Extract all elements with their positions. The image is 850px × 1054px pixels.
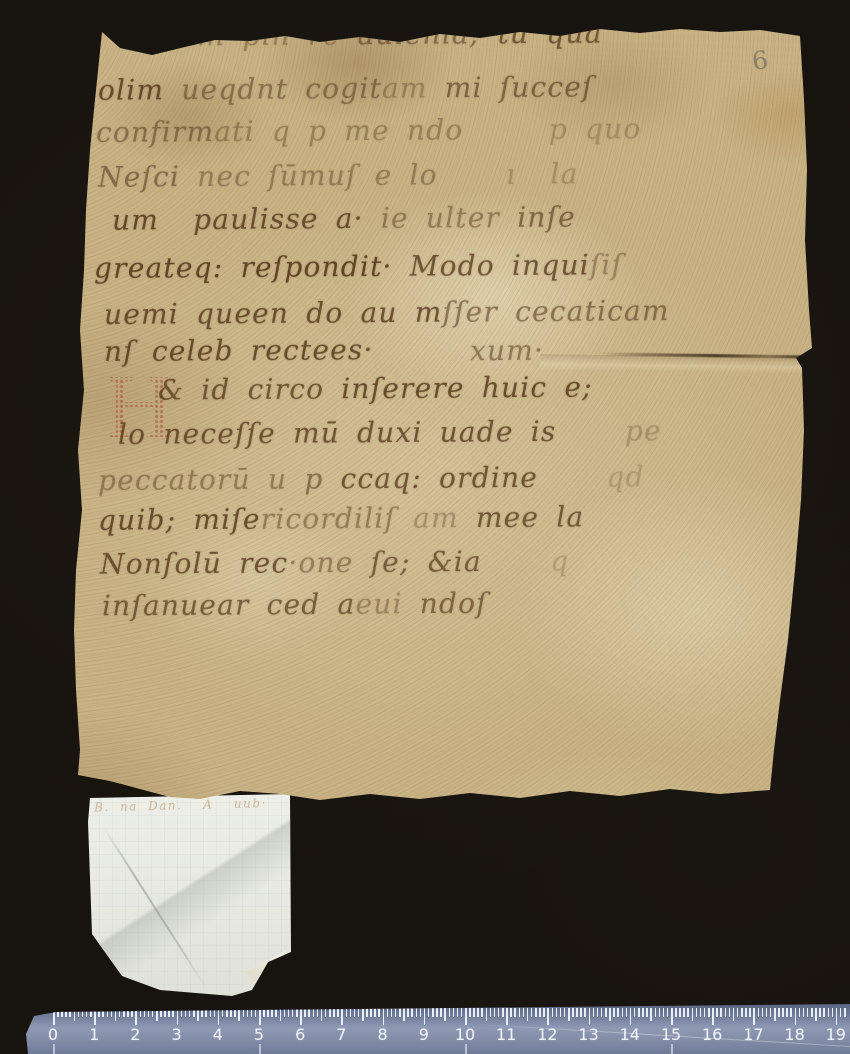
ruler-tick (836, 1008, 838, 1025)
ruler-tick (296, 1008, 298, 1017)
manuscript-line: t m pin re auienia; tū quā (168, 16, 603, 52)
ruler-tick (642, 1008, 644, 1017)
manuscript-text-segment: inſanuear ced a (102, 588, 356, 623)
ruler-tick (638, 1008, 640, 1017)
ruler-tick (61, 1008, 63, 1017)
ruler-tick (317, 1008, 319, 1017)
ruler-tick (325, 1008, 327, 1017)
ruler-tick (222, 1008, 224, 1017)
ruler-tick (605, 1008, 607, 1017)
manuscript-text-segment: ueqdnt cogit (164, 72, 382, 107)
ruler-tick (795, 1008, 797, 1025)
ruler-bottom-tick (259, 1044, 261, 1054)
ruler-tick (358, 1008, 360, 1017)
manuscript-line: Nonſolū rec·one ſe; &ia q (100, 544, 570, 580)
ruler-tick (350, 1008, 352, 1017)
ruler-tick (617, 1008, 619, 1017)
ruler-tick (737, 1008, 739, 1017)
ruler-tick (131, 1008, 133, 1017)
ruler-tick (366, 1008, 368, 1017)
ruler-tick (428, 1008, 430, 1017)
manuscript-text-segment: nſ celeb rectees· (104, 333, 374, 368)
ruler-tick (828, 1008, 830, 1017)
ruler-tick (197, 1008, 199, 1021)
ruler-tick (774, 1008, 776, 1021)
manuscript-text-segment: quib; miſe (98, 503, 261, 537)
ruler-tick (486, 1008, 488, 1021)
ruler-tick (552, 1008, 554, 1017)
manuscript-text-segment: um (112, 203, 159, 236)
ruler-tick (531, 1008, 533, 1017)
ruler-tick (201, 1008, 203, 1017)
ruler-tick (807, 1008, 809, 1017)
manuscript-text-segment: p (287, 462, 341, 495)
manuscript-text-segment: mi ſucceſ (445, 70, 594, 104)
manuscript-line: nſ celeb rectees· (104, 333, 374, 368)
ruler-tick (655, 1008, 657, 1017)
ruler-tick (811, 1008, 813, 1017)
ruler-tick (86, 1008, 88, 1017)
ruler-tick (313, 1008, 315, 1017)
ruler-tick (506, 1008, 508, 1025)
ruler-tick (102, 1008, 104, 1017)
manuscript-text-segment: q (482, 544, 570, 578)
ruler-tick (288, 1008, 290, 1017)
ruler-tick (679, 1008, 681, 1017)
ruler-tick (626, 1008, 628, 1017)
manuscript-line: confirmati q p me ndo p quo (96, 112, 642, 149)
ruler-tick (329, 1008, 331, 1017)
ruler-tick (420, 1008, 422, 1017)
ruler-tick (164, 1008, 166, 1017)
ruler-tick (210, 1008, 212, 1017)
ruler-tick (519, 1008, 521, 1017)
manuscript-line: quib; miſericordiliſ am mee la (98, 500, 585, 536)
ruler-tick (502, 1008, 504, 1017)
ruler-tick (720, 1008, 722, 1017)
ruler-tick (181, 1008, 183, 1017)
ruler-tick (333, 1008, 335, 1017)
manuscript-line: peccatorū u p ccaq: ordine qd (98, 460, 645, 497)
ruler-tick (69, 1008, 71, 1017)
manuscript-line: inſanuear ced aeui ndoſ (102, 587, 488, 623)
ruler-tick (205, 1008, 207, 1017)
ruler-tick (337, 1008, 339, 1017)
ruler-tick (304, 1008, 306, 1017)
ruler-tick (593, 1008, 595, 1017)
ruler-tick (111, 1008, 113, 1017)
manuscript-text-segment: uemi queen do au m (104, 296, 443, 331)
ruler-tick (523, 1008, 525, 1017)
ruler-tick (275, 1008, 277, 1017)
ruler-tick (646, 1008, 648, 1017)
ruler-tick (490, 1008, 492, 1017)
ruler-tick (770, 1008, 772, 1017)
ruler-tick (370, 1008, 372, 1017)
ruler-tick (844, 1008, 846, 1017)
ruler-number: 11 (493, 1025, 519, 1044)
manuscript-text-segment: xum· (470, 334, 544, 368)
ruler-tick (539, 1008, 541, 1017)
ruler-tick (444, 1008, 446, 1021)
ruler-tick (267, 1008, 269, 1017)
manuscript-line: olim ueqdnt cogitam mi ſucceſ (98, 70, 594, 106)
ruler-tick (156, 1008, 158, 1021)
manuscript-text-segment: p quo (463, 112, 641, 146)
manuscript-text-segment: auienia; (357, 17, 497, 51)
ruler-tick (308, 1008, 310, 1017)
ruler-tick (683, 1008, 685, 1017)
manuscript-text-segment: ie ulter (381, 201, 500, 235)
ruler-tick (543, 1008, 545, 1017)
ruler-tick (185, 1008, 187, 1017)
manuscript-line: lo neceſſe mū duxi uade is pe (118, 414, 662, 451)
manuscript-text-segment: ı la (438, 157, 579, 191)
ruler-number: 0 (40, 1025, 66, 1044)
ruler-tick (840, 1008, 842, 1017)
ruler-tick (123, 1008, 125, 1017)
ruler-tick (247, 1008, 249, 1017)
ruler-tick (65, 1008, 67, 1017)
ruler-tick (292, 1008, 294, 1017)
ruler-tick (436, 1008, 438, 1017)
ruler-tick (214, 1008, 216, 1017)
ruler-tick (597, 1008, 599, 1017)
ruler-tick (280, 1008, 282, 1021)
manuscript-text-segment: ſe; &ia (370, 545, 481, 579)
ruler-tick (613, 1008, 615, 1017)
manuscript-text-segment: lo neceſſe mū duxi uade is (118, 415, 557, 451)
ruler-tick (469, 1008, 471, 1017)
ruler-tick (94, 1008, 96, 1025)
photo-stage: B. na Dan. A uub· H t m pin re auienia; … (0, 0, 850, 1054)
ruler-tick (556, 1008, 558, 1017)
archival-paper-tag: B. na Dan. A uub· (86, 794, 294, 998)
manuscript-text-segment: mee la (476, 500, 585, 534)
ruler-tick (477, 1008, 479, 1017)
ruler-tick (119, 1008, 121, 1017)
ruler-tick (226, 1008, 228, 1017)
ruler-tick (457, 1008, 459, 1017)
ruler-tick (411, 1008, 413, 1017)
ruler-tick (465, 1008, 467, 1025)
ruler-tick (255, 1008, 257, 1017)
manuscript-text-segment: paulisse a· (159, 202, 381, 237)
ruler-tick (127, 1008, 129, 1017)
ruler-tick (708, 1008, 710, 1017)
ruler-tick (416, 1008, 418, 1017)
ruler-tick (790, 1008, 792, 1017)
ruler-tick (383, 1008, 385, 1025)
manuscript-text-segment: confirm (96, 115, 214, 149)
ruler-tick (473, 1008, 475, 1017)
ruler-tick (432, 1008, 434, 1017)
ruler-tick (634, 1008, 636, 1017)
ruler-tick (78, 1008, 80, 1017)
ruler-tick (700, 1008, 702, 1017)
ruler-tick (778, 1008, 780, 1017)
ruler-tick (140, 1008, 142, 1017)
ruler-tick (234, 1008, 236, 1017)
manuscript-text-segment: nec ſūmuſ e lo (180, 158, 438, 193)
ruler-tick (90, 1008, 92, 1017)
ruler-tick (547, 1008, 549, 1025)
ruler-tick (107, 1008, 109, 1017)
ruler-tick (687, 1008, 689, 1017)
ruler-number: 8 (370, 1025, 396, 1044)
ruler-number: 9 (411, 1025, 437, 1044)
ruler-tick (782, 1008, 784, 1017)
ruler-tick (57, 1008, 59, 1017)
ruler-tick (535, 1008, 537, 1017)
ruler-tick (74, 1008, 76, 1021)
ruler-tick (758, 1008, 760, 1017)
ruler-tick (395, 1008, 397, 1017)
ruler-number: 4 (205, 1025, 231, 1044)
manuscript-text-segment: ricordiliſ (260, 501, 413, 535)
ruler-tick (815, 1008, 817, 1021)
ruler-tick (745, 1008, 747, 1017)
ruler-tick (378, 1008, 380, 1017)
manuscript-line: Neſci nec ſūmuſ e lo ı la (98, 157, 579, 193)
ruler-number: 6 (287, 1025, 313, 1044)
ruler-tick (251, 1008, 253, 1017)
manuscript-text-segment: t m pin re (168, 18, 358, 52)
ruler-tick (753, 1008, 755, 1025)
ruler-tick (671, 1008, 673, 1025)
manuscript-text-segment: am (382, 71, 445, 104)
ruler-tick (589, 1008, 591, 1025)
manuscript-text-segment: ccaq: ordine (340, 461, 538, 495)
ruler-tick (481, 1008, 483, 1017)
manuscript-text-segment: ſiſ (590, 248, 624, 281)
ruler-tick (53, 1008, 55, 1025)
manuscript-text-segment: Modo inqui (410, 248, 590, 282)
ruler-tick (572, 1008, 574, 1017)
ruler-tick (576, 1008, 578, 1017)
ruler-number: 1 (81, 1025, 107, 1044)
ruler-tick (263, 1008, 265, 1017)
ruler-tick (675, 1008, 677, 1017)
ruler-tick (399, 1008, 401, 1017)
ruler-tick (238, 1008, 240, 1021)
manuscript-text-segment: greateq: reſpondit· (94, 250, 410, 285)
ruler-number: 19 (823, 1025, 849, 1044)
manuscript-text-segment: ſſer cecaticam (442, 294, 669, 329)
ruler-tick (230, 1008, 232, 1017)
ruler-tick (172, 1008, 174, 1017)
ruler-tick (218, 1008, 220, 1025)
ruler-tick (284, 1008, 286, 1017)
ruler-tick (135, 1008, 137, 1025)
ruler-tick (766, 1008, 768, 1017)
ruler-tick (580, 1008, 582, 1017)
ruler-tick (832, 1008, 834, 1017)
manuscript-text-segment: olim (98, 73, 164, 106)
ruler-tick (799, 1008, 801, 1017)
manuscript-text-segment: inſerere huic e; (341, 370, 593, 405)
manuscript-line: um paulisse a· ie ulter inſe (112, 200, 576, 236)
ruler-tick (725, 1008, 727, 1017)
ruler-tick (362, 1008, 364, 1021)
manuscript-line: uemi queen do au mſſer cecaticam (104, 294, 670, 331)
ruler-tick (424, 1008, 426, 1025)
ruler-tick (663, 1008, 665, 1017)
ruler-tick (510, 1008, 512, 1017)
ruler-tick (193, 1008, 195, 1017)
folio-number: 6 (750, 45, 769, 76)
ruler-tick (650, 1008, 652, 1021)
ruler-tick (440, 1008, 442, 1017)
ruler-number: 18 (782, 1025, 808, 1044)
ruler-tick (354, 1008, 356, 1017)
manuscript-text-segment: tū quā (497, 16, 602, 50)
ruler-tick (498, 1008, 500, 1017)
manuscript-text-segment: & id circo (158, 372, 341, 406)
ruler-tick (741, 1008, 743, 1017)
manuscript-text-segment: peccatorū u (98, 463, 287, 497)
ruler-tick (823, 1008, 825, 1017)
ruler-tick (461, 1008, 463, 1017)
ruler-tick (819, 1008, 821, 1017)
ruler-tick (387, 1008, 389, 1017)
ruler-tick (560, 1008, 562, 1017)
ruler-tick (144, 1008, 146, 1017)
ruler-tick (391, 1008, 393, 1017)
manuscript-text-segment: eui (355, 587, 402, 620)
ruler-tick (667, 1008, 669, 1017)
ruler-tick (659, 1008, 661, 1017)
ruler-tick (243, 1008, 245, 1017)
ruler-tick (449, 1008, 451, 1017)
label-folded-corner (241, 944, 293, 996)
manuscript-text-segment: pe (556, 414, 662, 448)
ruler-tick (692, 1008, 694, 1021)
ruler-tick (341, 1008, 343, 1025)
ruler-number: 2 (122, 1025, 148, 1044)
ruler-tick (527, 1008, 529, 1021)
manuscript-text-segment: Nonſolū rec (100, 546, 289, 580)
ruler-tick (514, 1008, 516, 1017)
ruler-bottom-tick (671, 1044, 673, 1054)
ruler-tick (716, 1008, 718, 1017)
ruler-tick (152, 1008, 154, 1017)
ruler-tick (300, 1008, 302, 1025)
ruler-tick (189, 1008, 191, 1017)
ruler-tick (82, 1008, 84, 1017)
ruler-tick (762, 1008, 764, 1017)
ruler-tick (160, 1008, 162, 1017)
ruler-tick (271, 1008, 273, 1017)
ruler-tick (584, 1008, 586, 1017)
ruler-number: 3 (164, 1025, 190, 1044)
ruler-tick (749, 1008, 751, 1017)
ruler-bottom-tick (465, 1044, 467, 1054)
manuscript-text-segment: inſe (500, 200, 576, 234)
ruler-tick (374, 1008, 376, 1017)
manuscript-line: greateq: reſpondit· Modo inquiſiſ (94, 248, 623, 285)
ruler-bottom-tick (53, 1044, 55, 1054)
ruler: 012345678910111213141516171819 (26, 1004, 850, 1054)
ruler-tick (609, 1008, 611, 1021)
manuscript-line: xum· (470, 334, 544, 368)
ruler-number: 10 (452, 1025, 478, 1044)
manuscript-text-segment: am (413, 501, 476, 534)
ruler-tick (630, 1008, 632, 1025)
ruler-tick (115, 1008, 117, 1021)
ruler-number: 16 (699, 1025, 725, 1044)
ruler-tick (321, 1008, 323, 1021)
ruler-tick (786, 1008, 788, 1017)
label-fold-crease (102, 826, 207, 989)
ruler-tick (601, 1008, 603, 1017)
ruler-number: 7 (328, 1025, 354, 1044)
ruler-number: 5 (246, 1025, 272, 1044)
ruler-tick (98, 1008, 100, 1017)
ruler-tick (148, 1008, 150, 1017)
ruler-tick (168, 1008, 170, 1017)
ruler-tick (696, 1008, 698, 1017)
ruler-tick (177, 1008, 179, 1025)
ruler-number: 13 (576, 1025, 602, 1044)
ruler-tick (712, 1008, 714, 1025)
manuscript-text-segment: qd (538, 460, 645, 494)
manuscript-line: & id circo inſerere huic e; (158, 370, 593, 406)
manuscript-text-segment: Neſci (98, 160, 180, 194)
ruler-tick (494, 1008, 496, 1017)
ruler-tick (453, 1008, 455, 1017)
ruler-tick (403, 1008, 405, 1021)
ruler-tick (704, 1008, 706, 1017)
ruler-tick (568, 1008, 570, 1021)
ruler-tick (259, 1008, 261, 1025)
ruler-tick (407, 1008, 409, 1017)
ruler-tick (346, 1008, 348, 1017)
manuscript-text-segment: ati q p me ndo (214, 113, 463, 148)
ruler-tick (803, 1008, 805, 1017)
ruler-tick (564, 1008, 566, 1017)
ruler-tick (733, 1008, 735, 1021)
ruler-tick (622, 1008, 624, 1017)
manuscript-text-segment: ndoſ (402, 587, 487, 621)
ruler-tick (729, 1008, 731, 1017)
manuscript-text-segment: ·one (288, 546, 370, 580)
